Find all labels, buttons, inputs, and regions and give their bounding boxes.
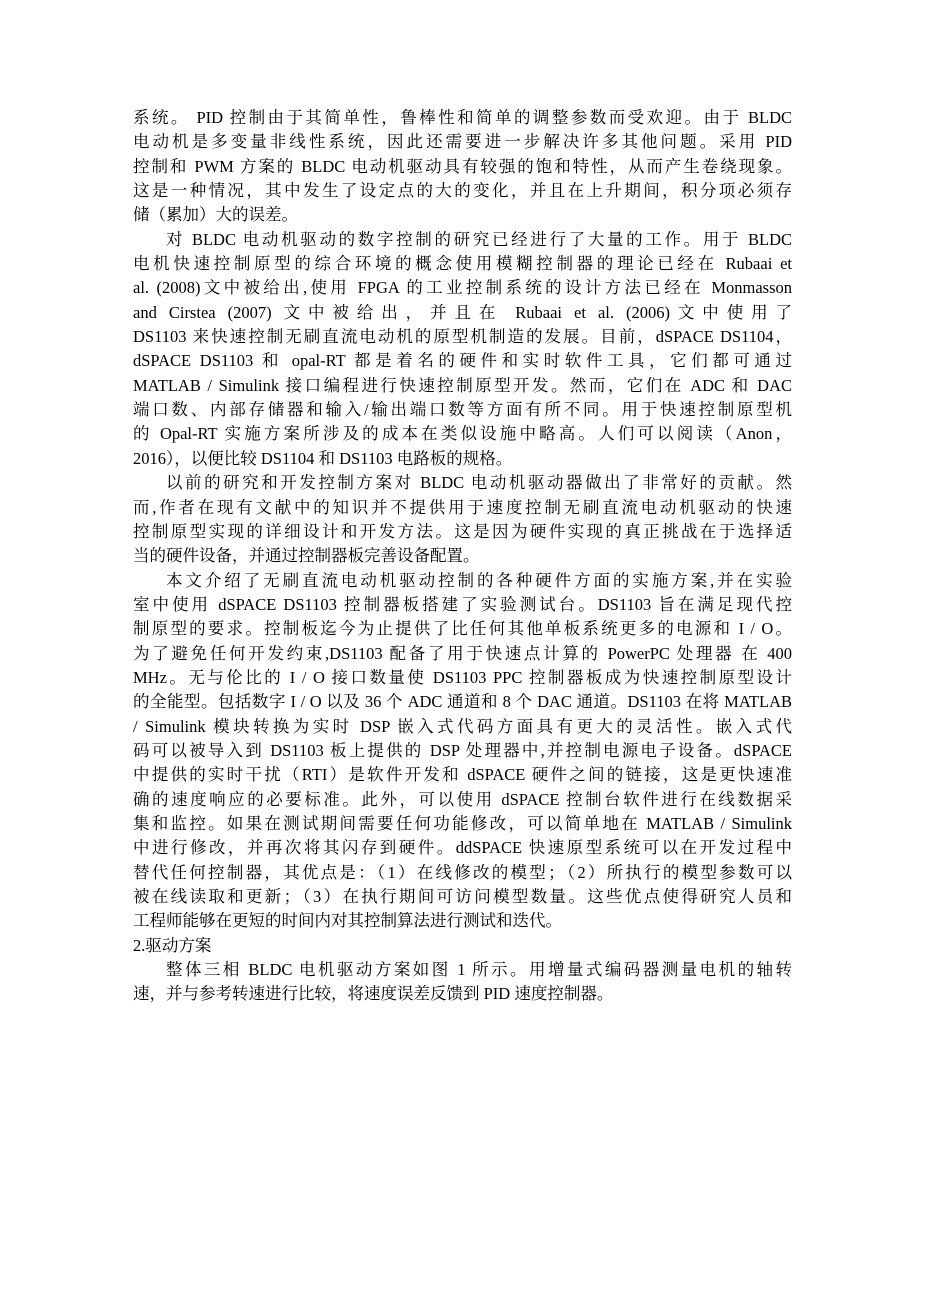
paragraph: 以前的研究和开发控制方案对 BLDC 电动机驱动器做出了非常好的贡献。然而,作者… (133, 471, 792, 568)
text-line: 替代任何控制器，其优点是：（1）在线修改的模型；（2）所执行的模型参数可以 (133, 861, 792, 885)
text-line: 系统。 PID 控制由于其简单性，鲁棒性和简单的调整参数而受欢迎。由于 BLDC (133, 106, 792, 130)
text-line: 当的硬件设备，并通过控制器板完善设备配置。 (133, 544, 792, 568)
text-line: DS1103 来快速控制无刷直流电动机的原型机制造的发展。目前，dSPACE D… (133, 325, 792, 349)
text-line: 制原型的要求。控制板迄今为止提供了比任何其他单板系统更多的电源和 I / O。 (133, 617, 792, 641)
text-line: 以前的研究和开发控制方案对 BLDC 电动机驱动器做出了非常好的贡献。然 (133, 471, 792, 495)
text-line: 速，并与参考转速进行比较，将速度误差反馈到 PID 速度控制器。 (133, 982, 792, 1006)
text-line: 被在线读取和更新；（3）在执行期间可访问模型数量。这些优点使得研究人员和 (133, 885, 792, 909)
text-line: / Simulink 模块转换为实时 DSP 嵌入式代码方面具有更大的灵活性。嵌… (133, 715, 792, 739)
text-line: 工程师能够在更短的时间内对其控制算法进行测试和迭代。 (133, 909, 792, 933)
text-line: 确的速度响应的必要标准。此外，可以使用 dSPACE 控制台软件进行在线数据采 (133, 788, 792, 812)
text-line: 储（累加）大的误差。 (133, 203, 792, 227)
text-line: 2016），以便比较 DS1104 和 DS1103 电路板的规格。 (133, 447, 792, 471)
text-line: 电机快速控制原型的综合环境的概念使用模糊控制器的理论已经在 Rubaai et (133, 252, 792, 276)
text-line: 对 BLDC 电动机驱动的数字控制的研究已经进行了大量的工作。用于 BLDC (133, 228, 792, 252)
text-line: 的 Opal-RT 实施方案所涉及的成本在类似设施中略高。人们可以阅读（Anon… (133, 422, 792, 446)
text-line: 电动机是多变量非线性系统，因此还需要进一步解决许多其他问题。采用 PID (133, 130, 792, 154)
text-line: al. (2008)文中被给出,使用 FPGA 的工业控制系统的设计方法已经在 … (133, 276, 792, 300)
section-heading: 2.驱动方案 (133, 934, 792, 958)
document-page: 系统。 PID 控制由于其简单性，鲁棒性和简单的调整参数而受欢迎。由于 BLDC… (0, 0, 926, 1309)
text-line: 码可以被导入到 DS1103 板上提供的 DSP 处理器中,并控制电源电子设备。… (133, 739, 792, 763)
text-line: MATLAB / Simulink 接口编程进行快速控制原型开发。然而，它们在 … (133, 374, 792, 398)
paragraph: 整体三相 BLDC 电机驱动方案如图 1 所示。用增量式编码器测量电机的轴转速，… (133, 958, 792, 1007)
text-line: 控制原型实现的详细设计和开发方法。这是因为硬件实现的真正挑战在于选择适 (133, 520, 792, 544)
text-line: 集和监控。如果在测试期间需要任何功能修改，可以简单地在 MATLAB / Sim… (133, 812, 792, 836)
paragraph: 本文介绍了无刷直流电动机驱动控制的各种硬件方面的实施方案,并在实验室中使用 dS… (133, 569, 792, 934)
text-line: 这是一种情况，其中发生了设定点的大的变化，并且在上升期间，积分项必须存 (133, 179, 792, 203)
text-line: 本文介绍了无刷直流电动机驱动控制的各种硬件方面的实施方案,并在实验 (133, 569, 792, 593)
text-line: 中提供的实时干扰（RTI）是软件开发和 dSPACE 硬件之间的链接，这是更快速… (133, 763, 792, 787)
document-body: 系统。 PID 控制由于其简单性，鲁棒性和简单的调整参数而受欢迎。由于 BLDC… (133, 106, 792, 1007)
text-line: and Cirstea (2007) 文中被给出，并且在 Rubaai et a… (133, 301, 792, 325)
text-line: 整体三相 BLDC 电机驱动方案如图 1 所示。用增量式编码器测量电机的轴转 (133, 958, 792, 982)
text-line: 中进行修改，并再次将其闪存到硬件。ddSPACE 快速原型系统可以在开发过程中 (133, 836, 792, 860)
paragraph: 系统。 PID 控制由于其简单性，鲁棒性和简单的调整参数而受欢迎。由于 BLDC… (133, 106, 792, 228)
text-line: 而,作者在现有文献中的知识并不提供用于速度控制无刷直流电动机驱动的快速 (133, 496, 792, 520)
text-line: dSPACE DS1103 和 opal-RT 都是着名的硬件和实时软件工具，它… (133, 349, 792, 373)
text-line: 的全能型。包括数字 I / O 以及 36 个 ADC 通道和 8 个 DAC … (133, 690, 792, 714)
text-line: 为了避免任何开发约束,DS1103 配备了用于快速点计算的 PowerPC 处理… (133, 642, 792, 666)
text-line: 2.驱动方案 (133, 934, 792, 958)
paragraph: 对 BLDC 电动机驱动的数字控制的研究已经进行了大量的工作。用于 BLDC电机… (133, 228, 792, 471)
text-line: 室中使用 dSPACE DS1103 控制器板搭建了实验测试台。DS1103 旨… (133, 593, 792, 617)
text-line: 端口数、内部存储器和输入/输出端口数等方面有所不同。用于快速控制原型机 (133, 398, 792, 422)
text-line: 控制和 PWM 方案的 BLDC 电动机驱动具有较强的饱和特性，从而产生卷绕现象… (133, 155, 792, 179)
text-line: MHz。无与伦比的 I / O 接口数量使 DS1103 PPC 控制器板成为快… (133, 666, 792, 690)
